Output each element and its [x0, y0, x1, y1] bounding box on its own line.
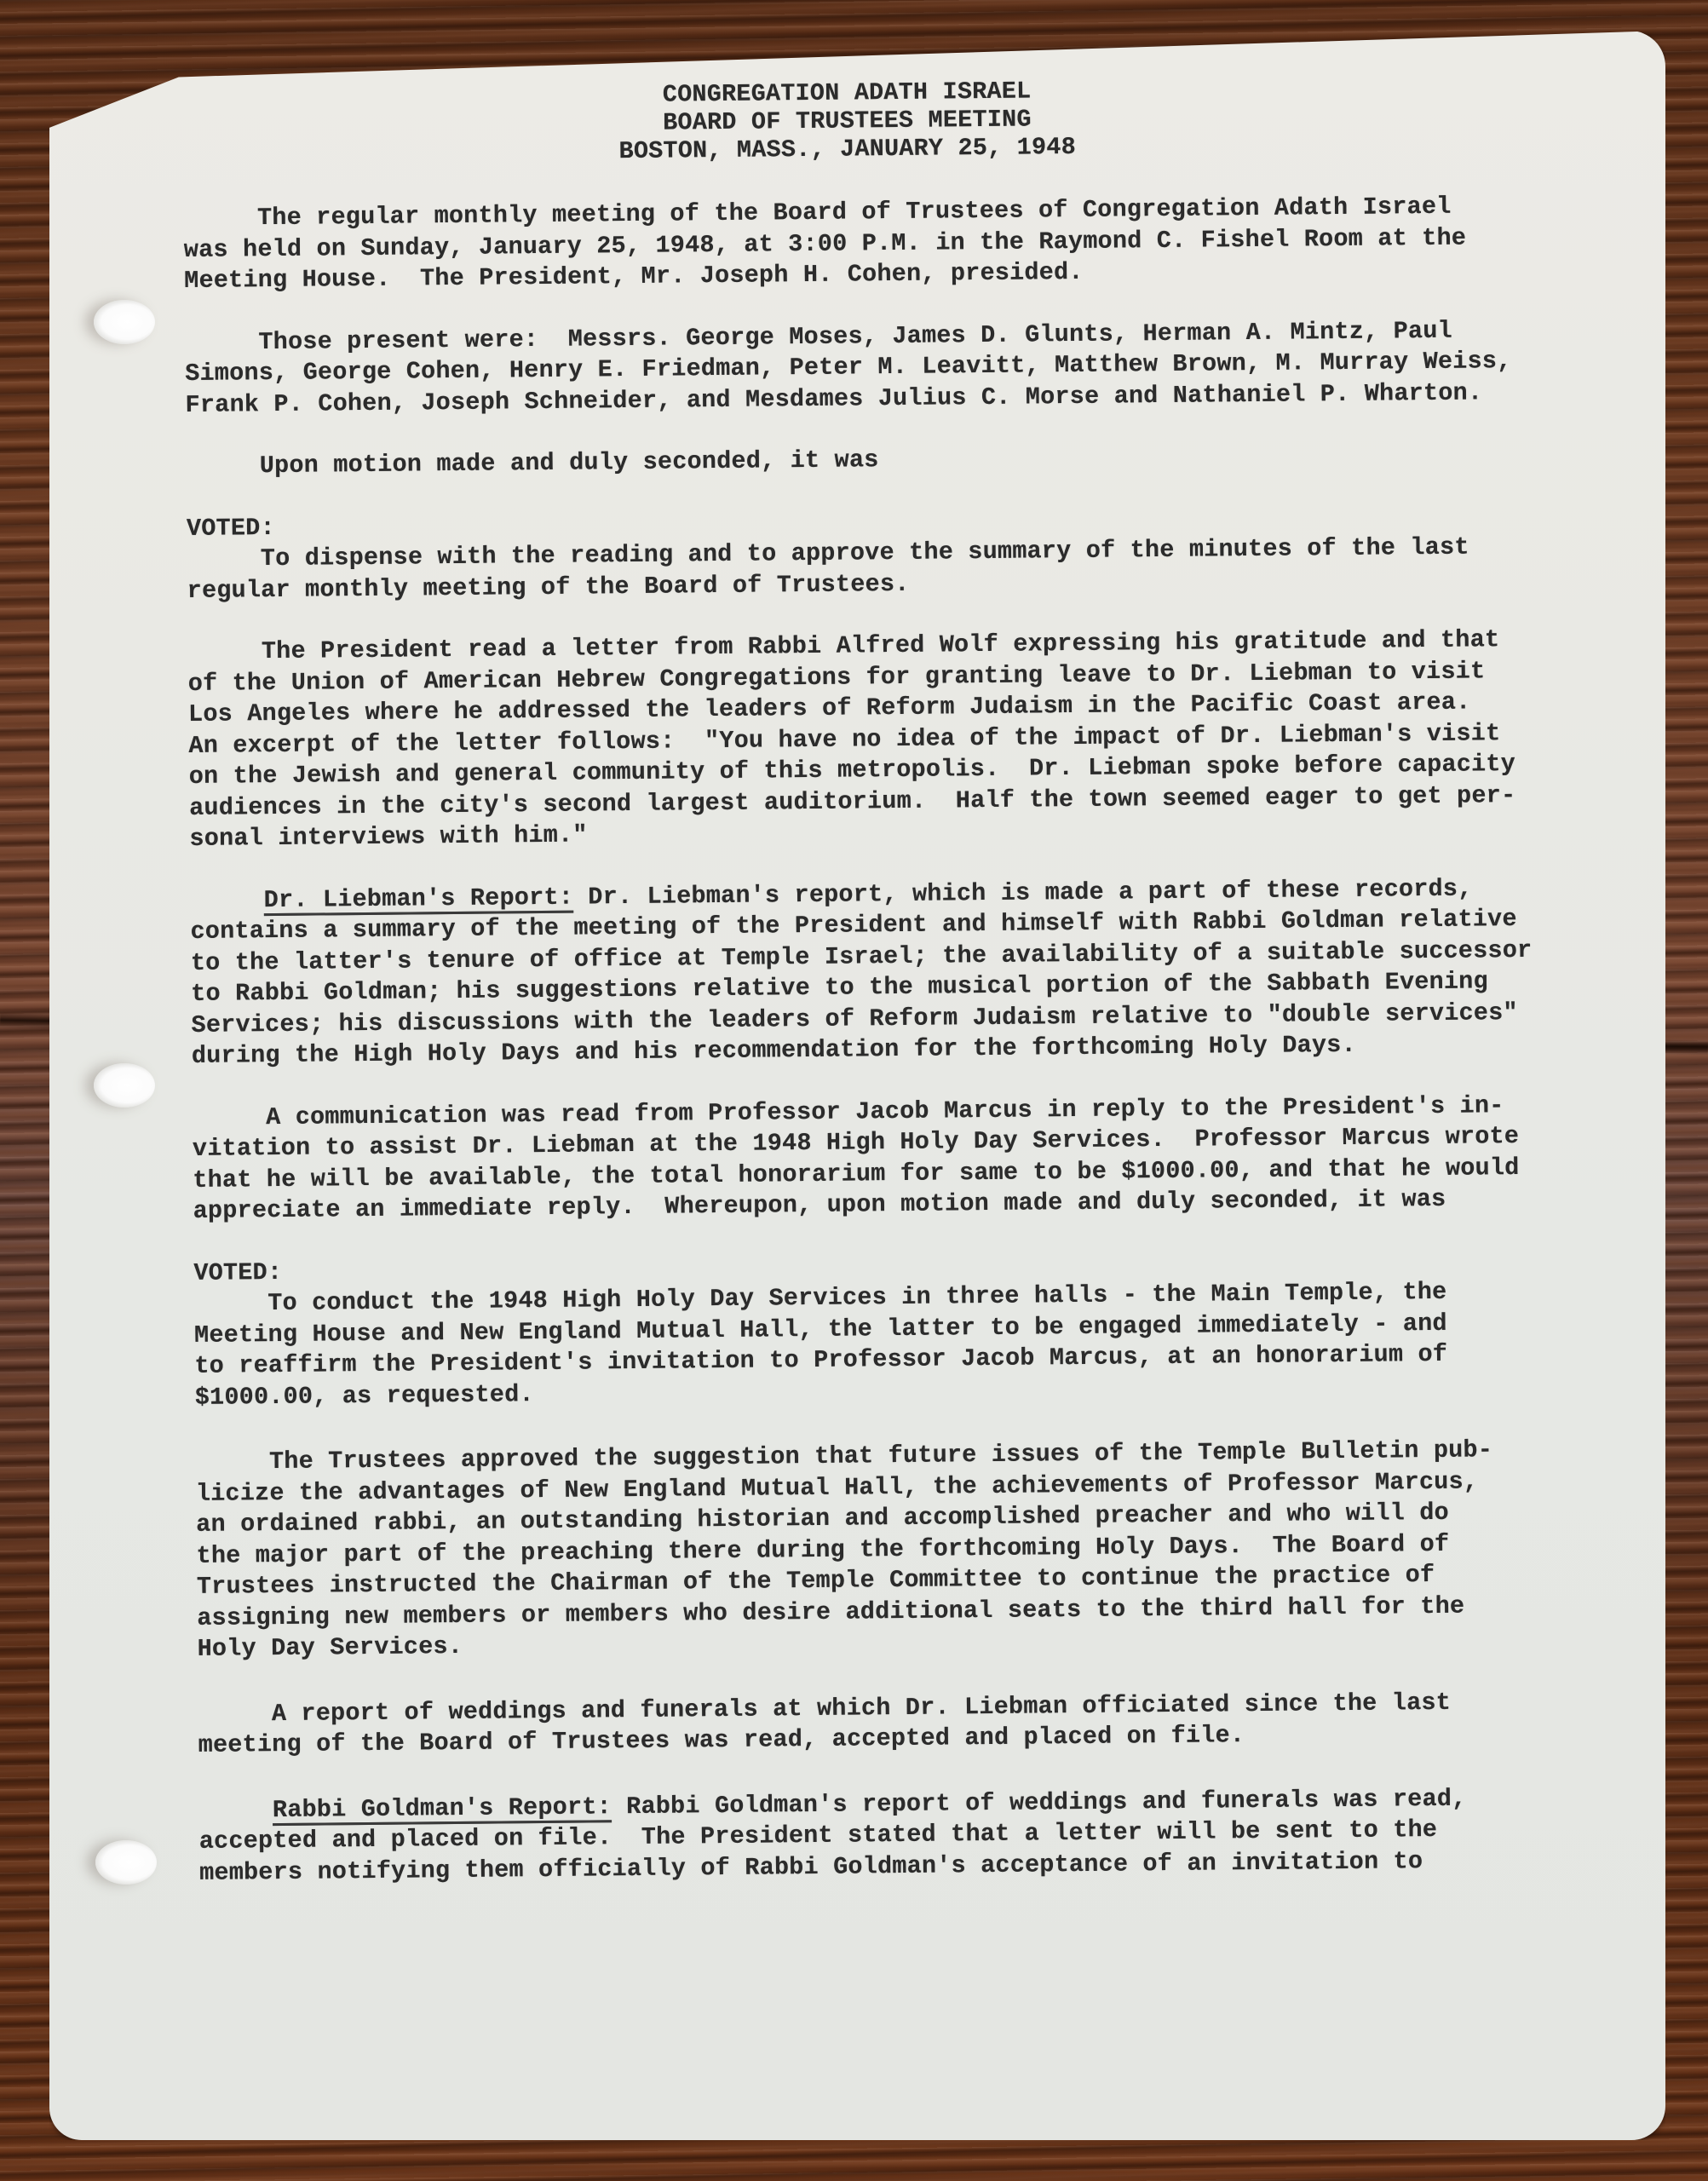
paragraph-liebman-report: Dr. Liebman's Report: Dr. Liebman's repo…	[190, 872, 1597, 1073]
paragraph-wolf-letter: The President read a letter from Rabbi A…	[187, 624, 1595, 855]
punch-hole-middle	[94, 1063, 155, 1108]
paragraph-marcus-communication: A communication was read from Professor …	[192, 1090, 1598, 1228]
paragraph-bulletin: The Trustees approved the suggestion tha…	[195, 1434, 1602, 1665]
punch-hole-bottom	[95, 1840, 157, 1885]
section-label-liebman-report: Dr. Liebman's Report:	[264, 883, 574, 913]
section-label-goldman-report: Rabbi Goldman's Report:	[273, 1793, 612, 1824]
document-body: CONGREGATION ADATH ISRAEL BOARD OF TRUST…	[182, 72, 1605, 1889]
document-heading: CONGREGATION ADATH ISRAEL BOARD OF TRUST…	[182, 72, 1512, 170]
paragraph-opening: The regular monthly meeting of the Board…	[183, 190, 1590, 296]
punch-hole-top	[94, 300, 155, 344]
paragraph-voted-minutes: VOTED: To dispense with the reading and …	[187, 500, 1593, 607]
paragraph-goldman-report: Rabbi Goldman's Report: Rabbi Goldman's …	[198, 1782, 1605, 1889]
paragraph-attendance: Those present were: Messrs. George Moses…	[185, 314, 1591, 421]
paragraph-voted-services: VOTED: To conduct the 1948 High Holy Day…	[193, 1245, 1601, 1413]
